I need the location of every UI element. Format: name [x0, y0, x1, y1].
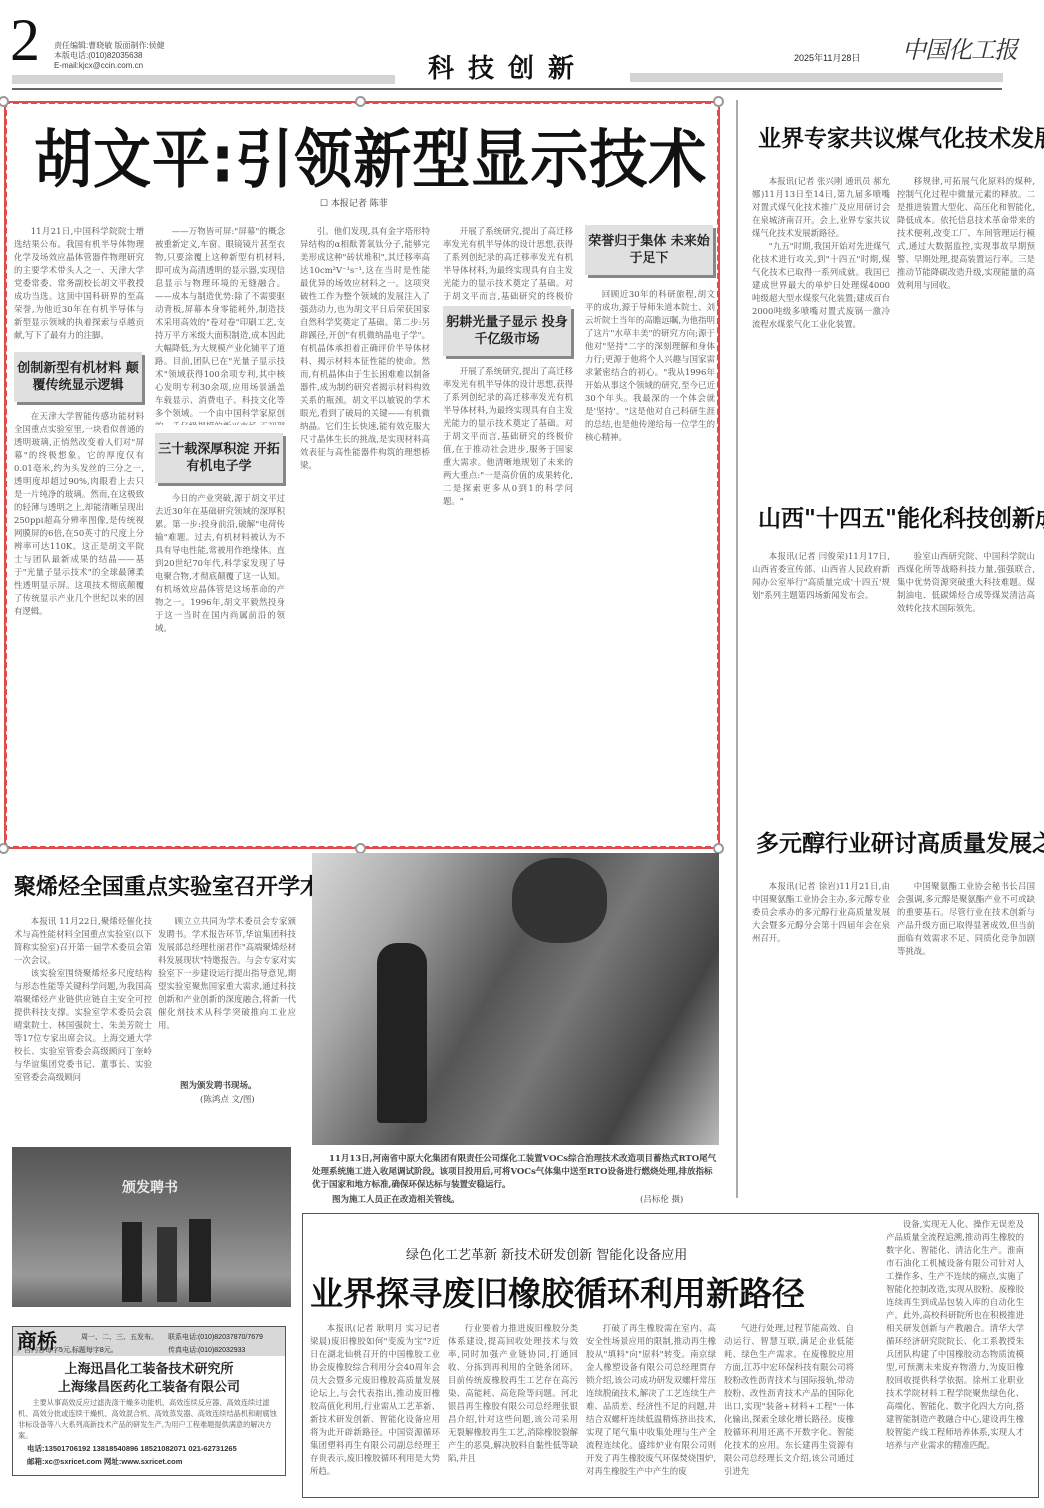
polyol-col1: 本报讯(记者 徐岩)11月21日,由中国聚氨酯工业协会主办,多元醇专业委员会承办… [752, 880, 890, 1195]
ad-price: 广告内容每字5元,标题每字8元。 [17, 1345, 118, 1355]
lead-byline: ☐ 本报记者 陈菲 [320, 196, 388, 209]
newspaper-logo: 中国化工报 [902, 30, 1017, 65]
shanxi-headline: 山西"十四五"能化科技创新成果丰 [758, 500, 1044, 533]
polyolefin-col2: 顾立立共同为学术委员会专家颁发聘书。学术报告环节,华谊集团科技发展部总经理杜丽君… [158, 915, 296, 1075]
ad-schedule: 周一、二、三、五发布。 [81, 1332, 158, 1342]
lead-col4-body2: 开展了系统研究,提出了高迁移率发光有机半导体的设计思想,获得了系列创纪录的高迁移… [443, 365, 573, 822]
editor-credit: 责任编辑:曹晓敏 版面制作:侯健 [54, 41, 165, 51]
person-figure [189, 1219, 211, 1302]
header-bar-left [12, 75, 395, 84]
subhead-4: 荣誉归于集体 未来始于足下 [585, 225, 713, 275]
classified-ad: 商桥 周一、二、三、五发布。 广告内容每字5元,标题每字8元。 联系电话:(01… [12, 1326, 286, 1476]
editor-email: E-mail:kjcx@ccin.com.cn [54, 61, 165, 71]
ad-contact-phone: 联系电话:(010)82037870/7679 [168, 1332, 263, 1342]
subhead-2: 三十载深厚积淀 开拓有机电子学 [155, 433, 283, 483]
column-divider [736, 100, 738, 1198]
subhead-3: 躬耕光量子显示 投身千亿级市场 [443, 306, 571, 356]
lead-col2-body2: 今日的产业突破,源于胡文平过去近30年在基础研究领域的深厚积累。第一步:投身前沿… [155, 492, 285, 822]
ad-description: 主要从事高效反应过滤洗涤干燥多功能机、高效连续反应器、高效连续过滤机、高效分批或… [13, 1397, 285, 1441]
rubber-col5: 设备,实现无人化、操作无误差及产品质量全流程追溯,推动再生橡胶的数字化、智能化、… [886, 1218, 1024, 1493]
rubber-col4: 气进行处理,过程节能高效、自动运行、智慧互联,满足企业低能耗、绿色生产需求。在废… [724, 1322, 854, 1492]
ad-web: 邮箱:xc@sxricet.com 网址:www.sxricet.com [13, 1454, 285, 1467]
ad-company-2: 上海缘昌医药化工装备有限公司 [13, 1379, 285, 1397]
resize-handle-tr[interactable] [713, 96, 724, 107]
coal-gas-col2: 移规律,可拓展气化原料的煤种,控制气化过程中微量元素的释放。二是推进装置大型化、… [897, 175, 1035, 475]
page-number: 2 [10, 10, 40, 70]
lead-col3-body: 引。他们发现,具有金字塔形特异结构的α相酞菁氧钛分子,能够完美形成这种"砖状堆积… [300, 225, 430, 822]
section-title: 科技创新 [428, 48, 588, 85]
shanxi-col2: 验室山西研究院、中国科学院山西煤化所等战略科技力量,强强联合,集中优势资源突破重… [897, 550, 1035, 785]
rto-photo-caption2: 图为施工人员正在改造相关管线。 [332, 1194, 460, 1207]
lead-col1-body: 在天津大学智能传感功能材料全国重点实验室里,一块看似普通的透明玻璃,正悄然改变着… [14, 410, 144, 820]
rto-photo-caption: 11月13日,河南省中原大化集团有限责任公司煤化工装置VOCs综合治理技术改造项… [312, 1153, 719, 1192]
equipment-tank [512, 858, 607, 943]
polyolefin-credit: (陈鸿点 文/图) [200, 1094, 255, 1107]
editor-phone: 本版电话:(010)82035638 [54, 51, 165, 61]
rubber-headline: 业界探寻废旧橡胶循环利用新路径 [310, 1268, 805, 1315]
header-bar-right [630, 73, 1003, 82]
polyolefin-col1: 本报讯 11月22日,聚烯烃催化技术与高性能材料全国重点实验室(以下简称实验室)… [14, 915, 152, 1100]
ad-header: 商桥 周一、二、三、五发布。 广告内容每字5元,标题每字8元。 联系电话:(01… [13, 1327, 285, 1356]
lead-col2-body: ——万物皆可屏:"屏幕"的概念被重新定义,车窗、眼镜镜片甚至衣物,只要涂覆上这种… [155, 225, 285, 425]
worker-figure [377, 943, 427, 1123]
rubber-col1: 本报讯(记者 耿明月 实习记者 梁晨)废旧橡胶如何"变废为宝"?近日在湖北仙桃召… [310, 1322, 440, 1492]
subhead-1: 创制新型有机材料 颠覆传统显示逻辑 [14, 352, 142, 402]
resize-handle-bl[interactable] [0, 843, 9, 854]
coal-gas-headline: 业界专家共议煤气化技术发展趋势 [758, 120, 1044, 153]
ad-phones: 电话:13501706192 13818540896 18521082071 0… [13, 1441, 285, 1454]
lead-col1-intro: 11月21日,中国科学院院士增选结果公布。我国有机半导体物理化学及场效应晶体管器… [14, 225, 144, 345]
polyolefin-photo-caption: 图为颁发聘书现场。 [180, 1080, 257, 1093]
resize-handle-tm[interactable] [355, 96, 366, 107]
polyol-headline: 多元醇行业研讨高质量发展之路 [756, 825, 1044, 858]
masthead-meta: 责任编辑:曹晓敏 版面制作:侯健 本版电话:(010)82035638 E-ma… [54, 41, 165, 71]
person-figure [122, 1222, 142, 1302]
rto-construction-photo [312, 853, 719, 1145]
ad-company-1: 上海迅昌化工装备技术研究所 [13, 1361, 285, 1379]
shanxi-col1: 本报讯(记者 闫俊荣)11月17日,山西省委宣传部、山西省人民政府新闻办公室举行… [752, 550, 890, 785]
rubber-kicker: 绿色化工艺革新 新技术研发创新 智能化设备应用 [406, 1244, 687, 1263]
lead-headline: 胡文平:引领新型显示技术 [34, 108, 707, 200]
award-ceremony-photo: 颁发聘书 [12, 1147, 291, 1307]
photo-banner-text: 颁发聘书 [122, 1177, 178, 1197]
polyol-col2: 中国聚氨酯工业协会秘书长吕国会强调,多元醇是聚氨酯产业不可或缺的重要基石。尽管行… [897, 880, 1035, 1195]
lead-col4-body: 开展了系统研究,提出了高迁移率发光有机半导体的设计思想,获得了系列创纪录的高迁移… [443, 225, 573, 300]
rubber-col3: 打破了再生橡胶需在室内、高安全性场景应用的限制,推动再生橡胶从"填料"向"原料"… [586, 1322, 716, 1492]
issue-date: 2025年11月28日 [794, 51, 860, 64]
lead-col5-body: 回顾近30年的科研旅程,胡文平的成功,源于导师朱道本院士、刘云圻院士当年的高瞻远… [585, 288, 715, 822]
rubber-col2: 行业要着力推进废旧橡胶分类体系建设,提高回收处理技术与效率,同时加强产业链协同,… [448, 1322, 578, 1492]
person-figure [157, 1227, 177, 1302]
header-rule [12, 88, 1002, 90]
coal-gas-col1: 本报讯(记者 张兴刚 通讯员 郝允娜)11月13日至14日,第九届多喷嘴对置式煤… [752, 175, 890, 475]
ad-fax: 传真电话:(010)82032933 [168, 1345, 245, 1355]
rto-photo-credit: (吕标伦 摄) [640, 1194, 683, 1207]
